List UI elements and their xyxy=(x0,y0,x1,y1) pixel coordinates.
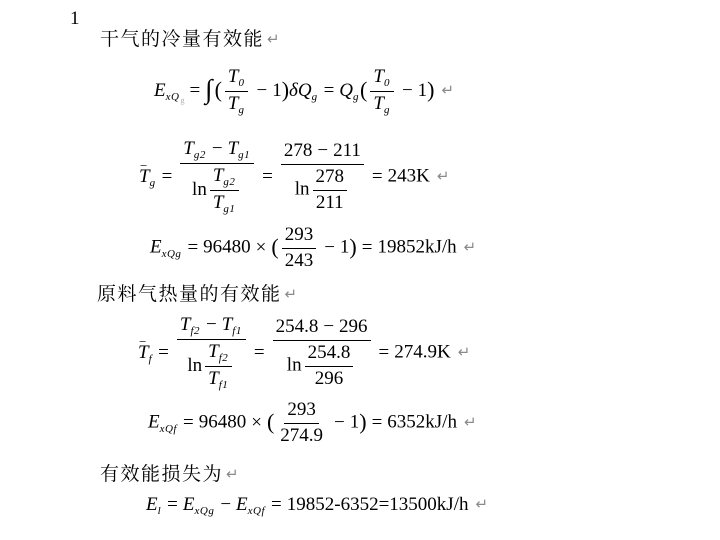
fraction: Tg2Tg1 xyxy=(210,165,240,216)
math-variable: T xyxy=(213,192,224,213)
math-operator: = xyxy=(271,494,282,515)
math-variable: T xyxy=(373,93,384,114)
paragraph-mark-icon: ↵ xyxy=(285,285,298,303)
section-heading-exergy-loss: 有效能损失为↵ xyxy=(100,459,239,486)
math-subscript: 0 xyxy=(384,77,390,89)
math-number: ln xyxy=(295,179,310,200)
parenthesis: ( xyxy=(267,409,274,434)
math-operator: = xyxy=(254,342,265,363)
math-subscript: g xyxy=(353,91,359,103)
math-operator: = xyxy=(362,237,373,258)
paragraph-mark-icon: ↵ xyxy=(458,343,471,361)
math-variable: E xyxy=(150,237,162,258)
math-variable: T xyxy=(213,165,224,186)
math-subscript: f xyxy=(149,353,153,365)
math-variable: T xyxy=(208,368,219,389)
math-number: 278 xyxy=(284,140,313,161)
math-operator: − xyxy=(334,412,345,433)
fraction: 254.8−296ln254.8296 xyxy=(273,316,371,390)
paragraph-mark-icon: ↵ xyxy=(441,81,454,99)
math-number: ln xyxy=(287,355,302,376)
fraction-denominator: lnTf2Tf1 xyxy=(184,340,238,392)
math-number: ln xyxy=(192,179,207,200)
math-number: 254.8 xyxy=(276,316,319,337)
paragraph-mark-icon: ↵ xyxy=(475,495,488,513)
fraction-denominator: 211 xyxy=(313,191,347,215)
section-heading-feed-gas-heat-exergy: 原料气热量的有效能↵ xyxy=(97,279,297,306)
fraction: 293243 xyxy=(282,224,317,273)
math-variable: E xyxy=(154,80,166,101)
math-number: 211 xyxy=(333,140,361,161)
paragraph-mark-icon: ↵ xyxy=(226,465,239,483)
math-subscript: 0 xyxy=(238,77,244,89)
math-variable: T xyxy=(228,93,239,114)
fraction-denominator: ln254.8296 xyxy=(284,341,360,391)
math-variable: δQ xyxy=(289,80,312,101)
math-operator: = xyxy=(187,237,198,258)
math-variable: E xyxy=(236,494,248,515)
math-subscript: g xyxy=(384,104,390,116)
math-number: 211 xyxy=(316,192,344,213)
fraction-denominator: 274.9 xyxy=(277,424,326,448)
math-number: 243K xyxy=(388,166,430,187)
math-number: 1 xyxy=(272,80,282,101)
fraction-numerator: T0 xyxy=(225,66,249,92)
math-subscript: g1 xyxy=(223,203,235,215)
math-operator: = xyxy=(158,342,169,363)
fraction: 278211 xyxy=(313,166,348,215)
math-subscript: xQg xyxy=(162,248,182,260)
fraction-numerator: Tg2−Tg1 xyxy=(180,138,254,164)
math-number: 19852-6352=13500kJ/h xyxy=(287,494,469,515)
barred-variable: −T xyxy=(138,342,149,365)
math-subscript: f2 xyxy=(219,352,229,364)
overbar-mark: − xyxy=(140,159,147,172)
math-variable: E xyxy=(148,412,160,433)
fraction: 278−211ln278211 xyxy=(281,140,364,214)
fraction-numerator: 293 xyxy=(282,224,317,249)
fraction: T0Tg xyxy=(370,66,394,117)
math-operator: − xyxy=(212,138,223,159)
math-number: 293 xyxy=(285,224,314,245)
math-operator: = xyxy=(372,166,383,187)
math-operator: = xyxy=(262,166,273,187)
math-number: 6352kJ/h xyxy=(387,412,457,433)
fraction: 254.8296 xyxy=(305,342,354,391)
paragraph-mark-icon: ↵ xyxy=(464,238,477,256)
math-variable: E xyxy=(183,494,195,515)
math-number: 254.8 xyxy=(308,342,351,363)
math-operator: − xyxy=(323,316,334,337)
math-operator: − xyxy=(206,314,217,335)
math-variable: E xyxy=(146,494,158,515)
math-operator: = xyxy=(372,412,383,433)
fraction-numerator: Tf2−Tf1 xyxy=(177,314,246,340)
math-operator: − xyxy=(317,140,328,161)
math-operator: − xyxy=(256,80,267,101)
barred-variable: −T xyxy=(139,166,150,189)
math-variable: T xyxy=(183,138,194,159)
heading-text: 干气的冷量有效能 xyxy=(100,28,264,50)
math-number: 293 xyxy=(287,399,316,420)
math-number: 19852kJ/h xyxy=(377,237,456,258)
fraction-numerator: 278 xyxy=(313,166,348,191)
math-operator: = xyxy=(189,80,200,101)
integral-sign: ∫ xyxy=(205,74,212,104)
math-subscript: f1 xyxy=(232,325,242,337)
math-variable: T xyxy=(180,314,191,335)
equation-log-mean-temp-dry-gas: −Tg=Tg2−Tg1lnTg2Tg1=278−211ln278211=243K… xyxy=(139,138,449,217)
paragraph-mark-icon: ↵ xyxy=(267,30,280,48)
math-number: 96480 xyxy=(199,412,247,433)
math-operator: = xyxy=(324,80,335,101)
math-operator: = xyxy=(162,166,173,187)
fraction-denominator: 243 xyxy=(282,249,317,273)
math-subscript: xQf xyxy=(160,423,177,435)
fraction-numerator: T0 xyxy=(370,66,394,92)
parenthesis: ) xyxy=(359,409,366,434)
fraction-denominator: ln278211 xyxy=(292,165,353,215)
math-operator: = xyxy=(167,494,178,515)
fraction: T0Tg xyxy=(225,66,249,117)
math-number: 278 xyxy=(316,166,345,187)
heading-text: 原料气热量的有效能 xyxy=(97,283,282,305)
parenthesis: ( xyxy=(360,77,367,102)
fraction-denominator: Tf1 xyxy=(205,367,232,392)
math-operator: − xyxy=(220,494,231,515)
equation-heat-exergy-value: ExQf=96480×(293274.9−1)=6352kJ/h↵ xyxy=(148,399,477,448)
math-subscript: g xyxy=(238,104,244,116)
math-variable: Q xyxy=(339,80,353,101)
math-number: 274.9K xyxy=(394,342,450,363)
fraction-numerator: Tg2 xyxy=(210,165,240,191)
math-subscript: f2 xyxy=(190,325,200,337)
fraction-numerator: 278−211 xyxy=(281,140,364,165)
math-operator: = xyxy=(379,342,390,363)
parenthesis: ( xyxy=(271,234,278,259)
fraction-numerator: 293 xyxy=(284,399,319,424)
math-variable: T xyxy=(208,341,219,362)
math-number: 1 xyxy=(418,80,428,101)
fraction-denominator: Tg1 xyxy=(210,191,240,216)
fraction: Tg2−Tg1lnTg2Tg1 xyxy=(180,138,254,217)
list-item-number: 1 xyxy=(70,8,80,30)
section-heading-dry-gas-cold-exergy: 干气的冷量有效能↵ xyxy=(100,24,280,51)
heading-text: 有效能损失为 xyxy=(100,463,223,485)
overbar-mark: − xyxy=(139,335,146,348)
math-subscript: xQg xyxy=(195,505,215,517)
math-number: 274.9 xyxy=(280,425,323,446)
fraction-denominator: Tg xyxy=(370,92,394,117)
fraction-denominator: 296 xyxy=(312,367,347,391)
math-subscript: g1 xyxy=(238,149,250,161)
fraction-denominator: lnTg2Tg1 xyxy=(189,164,245,216)
paragraph-mark-icon: ↵ xyxy=(464,413,477,431)
math-subscript: g xyxy=(150,177,156,189)
document-page: 1 干气的冷量有效能↵ ExQg=∫(T0Tg−1)δQg=Qg(T0Tg−1)… xyxy=(0,0,720,540)
parenthesis: ) xyxy=(427,77,434,102)
math-operator: − xyxy=(324,237,335,258)
math-number: 1 xyxy=(350,412,360,433)
math-number: 1 xyxy=(340,237,350,258)
math-sub-subscript: g xyxy=(180,96,184,105)
fraction: Tf2Tf1 xyxy=(205,341,232,392)
equation-cold-exergy-definition: ExQg=∫(T0Tg−1)δQg=Qg(T0Tg−1)↵ xyxy=(154,66,454,117)
math-subscript: g2 xyxy=(223,176,235,188)
math-variable: T xyxy=(228,66,239,87)
math-number: 243 xyxy=(285,250,314,271)
equation-log-mean-temp-feed-gas: −Tf=Tf2−Tf1lnTf2Tf1=254.8−296ln254.8296=… xyxy=(138,314,470,393)
math-subscript: xQ xyxy=(166,91,180,103)
fraction-numerator: Tf2 xyxy=(205,341,232,367)
math-operator: × xyxy=(251,412,262,433)
fraction: 293274.9 xyxy=(277,399,326,448)
fraction-numerator: 254.8−296 xyxy=(273,316,371,341)
math-variable: T xyxy=(222,314,233,335)
math-operator: − xyxy=(402,80,413,101)
parenthesis: ) xyxy=(282,77,289,102)
parenthesis: ( xyxy=(215,77,222,102)
math-subscript: xQf xyxy=(248,505,265,517)
math-subscript: g2 xyxy=(194,149,206,161)
equation-cold-exergy-value: ExQg=96480×(293243−1)=19852kJ/h↵ xyxy=(150,224,476,273)
fraction-denominator: Tg xyxy=(225,92,249,117)
parenthesis: ) xyxy=(349,234,356,259)
paragraph-mark-icon: ↵ xyxy=(437,167,450,185)
equation-exergy-loss: El=ExQg−ExQf=19852-6352=13500kJ/h↵ xyxy=(146,494,488,518)
math-variable: T xyxy=(373,66,384,87)
math-subscript: f1 xyxy=(219,379,229,391)
math-subscript: g xyxy=(312,91,318,103)
math-variable: T xyxy=(228,138,239,159)
math-number: 96480 xyxy=(203,237,251,258)
math-number: 296 xyxy=(339,316,368,337)
math-number: ln xyxy=(187,355,202,376)
fraction: Tf2−Tf1lnTf2Tf1 xyxy=(177,314,246,393)
math-subscript: l xyxy=(158,505,162,517)
math-number: 296 xyxy=(315,368,344,389)
math-operator: × xyxy=(256,237,267,258)
fraction-numerator: 254.8 xyxy=(305,342,354,367)
math-operator: = xyxy=(183,412,194,433)
